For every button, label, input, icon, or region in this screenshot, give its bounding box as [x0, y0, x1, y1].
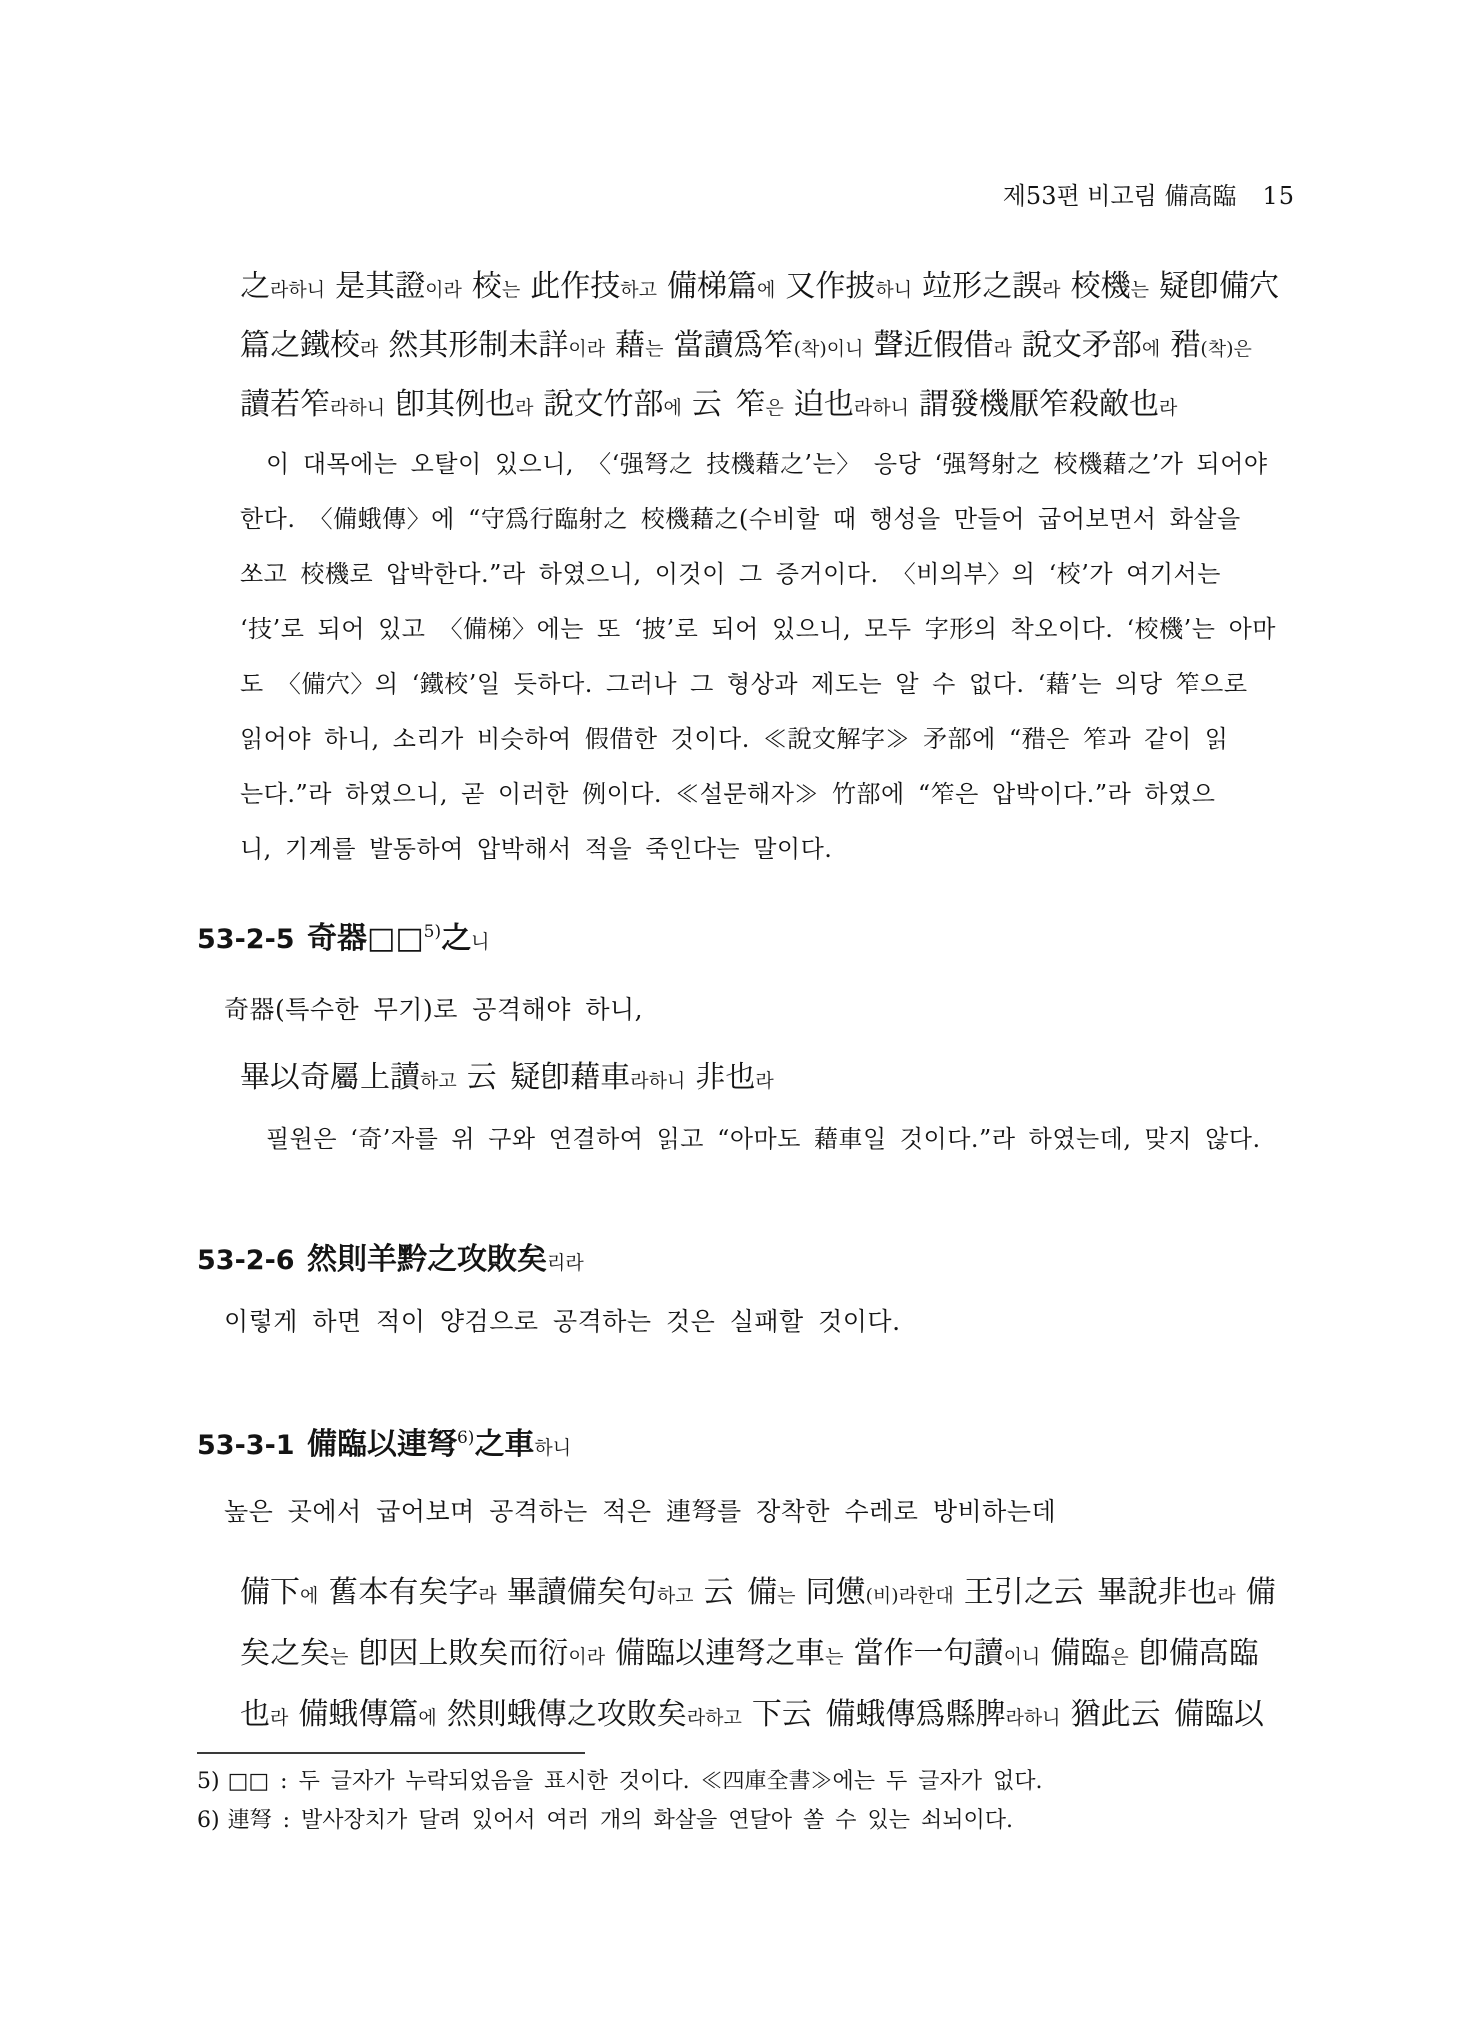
text-segment-t: 라: [515, 397, 543, 419]
text-segment-t: 는: [825, 1646, 853, 1668]
text-segment-h: 之車: [474, 1427, 534, 1462]
footnote-marker: 5): [197, 1769, 220, 1794]
text-segment-h: 備臨以連弩之車: [615, 1636, 825, 1671]
gloss-line: 이 대목에는 오탈이 있으니, 〈‘强弩之 技機藉之’는〉 응당 ‘强弩射之 校…: [240, 437, 1276, 492]
text-segment-h: 之: [240, 269, 270, 304]
text-segment-h: 備梯篇: [667, 269, 757, 304]
text-segment-h: 校: [472, 269, 502, 304]
text-segment-t: 이라: [425, 279, 472, 301]
text-segment-h: 聲近假借: [874, 328, 994, 363]
section-translation: 奇器(특수한 무기)로 공격해야 하니,: [224, 988, 643, 1032]
text-segment-h: 說文矛部: [1022, 328, 1142, 363]
text-segment-sup: 6): [457, 1428, 474, 1448]
text-segment-t: 리라: [547, 1252, 584, 1274]
text-segment-t: 이니: [1004, 1646, 1051, 1668]
footnote-text: 連弩 : 발사장치가 달려 있어서 여러 개의 화살을 연달아 쏠 수 있는 쇠…: [228, 1808, 1013, 1833]
gloss-line: 니, 기계를 발동하여 압박해서 적을 죽인다는 말이다.: [240, 822, 1276, 877]
text-segment-t: 라하고: [687, 1707, 752, 1729]
text-segment-t: 는: [1131, 279, 1159, 301]
text-segment-h: 備臨: [1050, 1636, 1110, 1671]
text-segment-sup: 5): [424, 922, 441, 942]
text-segment-h: 畢以奇屬上讀: [240, 1060, 420, 1095]
text-segment-h: 校機: [1071, 269, 1131, 304]
text-segment-h: 說文竹部: [544, 387, 664, 422]
text-segment-n: 53-2-5: [197, 924, 307, 955]
text-segment-t: 라하니: [330, 397, 395, 419]
text-segment-h: 卽其例也: [395, 387, 515, 422]
hanmun-line: 矣之矣는 卽因上敗矣而衍이라 備臨以連弩之車는 當作一句讀이니 備臨은 卽備高臨: [240, 1625, 1276, 1686]
text-segment-h: 是其證: [335, 269, 425, 304]
text-segment-t: 에: [1142, 338, 1170, 360]
text-segment-t: 은: [765, 397, 793, 419]
text-segment-t: 하니: [875, 279, 922, 301]
text-segment-t: 은: [1110, 1646, 1138, 1668]
text-segment-h: 同憊: [806, 1575, 866, 1610]
text-segment-h: 讀若笮: [240, 387, 330, 422]
hanmun-line: 備下에 舊本有矣字라 畢讀備矣句하고 云 備는 同憊(비)라한대 王引之云 畢說…: [240, 1564, 1276, 1625]
text-segment-t: 라: [994, 338, 1022, 360]
gloss-line: ‘技’로 되어 있고 〈備梯〉에는 또 ‘披’로 되어 있으니, 모두 字形의 …: [240, 602, 1276, 657]
text-segment-h: 笮: [735, 387, 765, 422]
text-segment-t: 에: [300, 1585, 328, 1607]
footnote: 5)□□ : 두 글자가 누락되었음을 표시한 것이다. ≪四庫全書≫에는 두 …: [197, 1762, 1043, 1801]
text-segment-h: 也: [240, 1697, 270, 1732]
text-segment-h: 藉: [615, 328, 645, 363]
text-segment-h: 卽因上敗矣而衍: [358, 1636, 568, 1671]
gloss-line: 필원은 ‘奇’자를 위 구와 연결하여 읽고 “아마도 藉車일 것이다.”라 하…: [240, 1112, 1261, 1167]
text-segment-h: 畢讀備矣句: [507, 1575, 657, 1610]
text-segment-t: 니: [471, 931, 489, 953]
text-segment-t: 라하니: [1005, 1707, 1070, 1729]
text-segment-h: 又作披: [785, 269, 875, 304]
hanmun-commentary-block: 備下에 舊本有矣字라 畢讀備矣句하고 云 備는 同憊(비)라한대 王引之云 畢說…: [240, 1564, 1276, 1747]
text-segment-t: 라: [755, 1070, 773, 1092]
text-segment-t: (착)이니: [794, 338, 874, 360]
text-segment-t: 는: [645, 338, 673, 360]
text-segment-h: 非也: [695, 1060, 755, 1095]
text-segment-h: 篇之鐵校: [240, 328, 360, 363]
text-segment-t: 에: [664, 397, 692, 419]
text-segment-t: 라: [1042, 279, 1070, 301]
gloss-line: 쏘고 校機로 압박한다.”라 하였으니, 이것이 그 증거이다. 〈비의부〉의 …: [240, 547, 1276, 602]
text-segment-t: 라: [1159, 397, 1177, 419]
text-segment-h: 舊本有矣字: [328, 1575, 478, 1610]
text-segment-h: 云: [467, 1060, 511, 1095]
hanmun-line: 之라하니 是其證이라 校는 此作技하고 備梯篇에 又作披하니 竝形之誤라 校機는…: [240, 259, 1279, 318]
text-segment-h: 王引之云: [964, 1575, 1098, 1610]
text-segment-t: 라하니: [630, 1070, 695, 1092]
text-segment-h: 迫也: [794, 387, 854, 422]
document-page: 제53편 비고림 備高臨15 之라하니 是其證이라 校는 此作技하고 備梯篇에 …: [0, 0, 1480, 2024]
chapter-title: 제53편 비고림 備高臨: [1003, 182, 1237, 210]
gloss-line: 읽어야 하니, 소리가 비슷하여 假借한 것이다. ≪說文解字≫ 矛部에 “矠은…: [240, 712, 1276, 767]
text-segment-h: 謂發機厭笮殺敵也: [919, 387, 1159, 422]
section-translation: 이렇게 하면 적이 양검으로 공격하는 것은 실패할 것이다.: [224, 1300, 901, 1344]
text-segment-t: 라: [360, 338, 388, 360]
hanmun-line: 也라 備蛾傳篇에 然則蛾傳之攻敗矣라하고 下云 備蛾傳爲縣脾라하니 猶此云 備臨…: [240, 1686, 1276, 1747]
text-segment-h: 疑卽備穴: [1159, 269, 1279, 304]
text-segment-t: (착)은: [1200, 338, 1252, 360]
text-segment-h: 當作一句讀: [854, 1636, 1004, 1671]
hanmun-line: 畢以奇屬上讀하고 云 疑卽藉車라하니 非也라: [240, 1050, 774, 1109]
text-segment-h: 竝形之誤: [922, 269, 1042, 304]
text-segment-n: 53-2-6: [197, 1245, 307, 1276]
text-segment-t: 라하니: [270, 279, 335, 301]
text-segment-t: 하고: [620, 279, 667, 301]
text-segment-h: 下云: [752, 1697, 826, 1732]
text-segment-h: 備臨以連弩: [307, 1427, 457, 1462]
text-segment-h: 畢說非也: [1097, 1575, 1217, 1610]
gloss-line: 도 〈備穴〉의 ‘鐵校’일 듯하다. 그러나 그 형상과 제도는 알 수 없다.…: [240, 657, 1276, 712]
section-translation: 높은 곳에서 굽어보며 공격하는 적은 連弩를 장착한 수레로 방비하는데: [224, 1490, 1056, 1534]
gloss-paragraph: 필원은 ‘奇’자를 위 구와 연결하여 읽고 “아마도 藉車일 것이다.”라 하…: [240, 1112, 1261, 1167]
text-segment-h: 疑卽藉車: [510, 1060, 630, 1095]
text-segment-h: 備臨以: [1174, 1697, 1264, 1732]
page-number: 15: [1262, 182, 1295, 210]
gloss-paragraph: 이 대목에는 오탈이 있으니, 〈‘强弩之 技機藉之’는〉 응당 ‘强弩射之 校…: [240, 437, 1276, 877]
text-segment-h: 備蛾傳篇: [298, 1697, 418, 1732]
gloss-line: 는다.”라 하였으니, 곧 이러한 例이다. ≪설문해자≫ 竹部에 “笮은 압박…: [240, 767, 1276, 822]
text-segment-h: 備下: [240, 1575, 300, 1610]
text-segment-t: 하고: [420, 1070, 467, 1092]
text-segment-t: (비)라한대: [866, 1585, 964, 1607]
footnote-separator: [197, 1752, 585, 1754]
text-segment-t: 에: [418, 1707, 446, 1729]
text-segment-h: 備: [1246, 1575, 1276, 1610]
hanmun-commentary-block: 畢以奇屬上讀하고 云 疑卽藉車라하니 非也라: [240, 1050, 774, 1109]
text-segment-t: 는: [777, 1585, 805, 1607]
text-segment-h: 然其形制未詳: [388, 328, 568, 363]
text-segment-t: 이라: [568, 338, 615, 360]
text-segment-t: 하고: [657, 1585, 704, 1607]
text-segment-t: 하니: [534, 1437, 571, 1459]
footnote-marker: 6): [197, 1808, 220, 1833]
text-segment-t: 에: [757, 279, 785, 301]
text-segment-h: 然則羊黔之攻敗矣: [307, 1242, 547, 1277]
hanmun-line: 讀若笮라하니 卽其例也라 說文竹部에 云 笮은 迫也라하니 謂發機厭笮殺敵也라: [240, 377, 1279, 436]
text-segment-h: 備: [747, 1575, 777, 1610]
footnote: 6)連弩 : 발사장치가 달려 있어서 여러 개의 화살을 연달아 쏠 수 있는…: [197, 1801, 1043, 1840]
hanmun-line: 篇之鐵校라 然其形制未詳이라 藉는 當讀爲笮(착)이니 聲近假借라 說文矛部에 …: [240, 318, 1279, 377]
text-segment-t: 라: [1217, 1585, 1245, 1607]
text-segment-h: 當讀爲笮: [674, 328, 794, 363]
running-header: 제53편 비고림 備高臨15: [1003, 182, 1295, 210]
text-segment-h: 然則蛾傳之攻敗矣: [447, 1697, 687, 1732]
gloss-line: 한다. 〈備蛾傳〉에 “守爲行臨射之 校機藉之(수비할 때 행성을 만들어 굽어…: [240, 492, 1276, 547]
text-segment-h: 奇器□□: [307, 921, 424, 956]
text-segment-h: 猶此云: [1071, 1697, 1175, 1732]
footnote-block: 5)□□ : 두 글자가 누락되었음을 표시한 것이다. ≪四庫全書≫에는 두 …: [197, 1762, 1043, 1840]
text-segment-h: 矠: [1170, 328, 1200, 363]
section-heading-53-2-5: 53-2-5 奇器□□5)之니: [197, 916, 489, 966]
text-segment-h: 云: [692, 387, 736, 422]
text-segment-h: 云: [704, 1575, 748, 1610]
text-segment-t: 는: [330, 1646, 358, 1668]
section-heading-53-2-6: 53-2-6 然則羊黔之攻敗矣리라: [197, 1237, 584, 1287]
text-segment-n: 53-3-1: [197, 1430, 307, 1461]
text-segment-h: 矣之矣: [240, 1636, 330, 1671]
text-segment-t: 이라: [568, 1646, 615, 1668]
text-segment-t: 는: [502, 279, 530, 301]
text-segment-t: 라: [270, 1707, 298, 1729]
text-segment-h: 備蛾傳爲縣脾: [825, 1697, 1005, 1732]
text-segment-h: 卽備高臨: [1139, 1636, 1259, 1671]
footnote-text: □□ : 두 글자가 누락되었음을 표시한 것이다. ≪四庫全書≫에는 두 글자…: [228, 1769, 1043, 1794]
text-segment-t: 라: [478, 1585, 506, 1607]
text-segment-t: 라하니: [854, 397, 919, 419]
text-segment-h: 之: [441, 921, 471, 956]
section-heading-53-3-1: 53-3-1 備臨以連弩6)之車하니: [197, 1422, 571, 1472]
hanmun-commentary-block: 之라하니 是其證이라 校는 此作技하고 備梯篇에 又作披하니 竝形之誤라 校機는…: [240, 259, 1279, 436]
text-segment-h: 此作技: [530, 269, 620, 304]
